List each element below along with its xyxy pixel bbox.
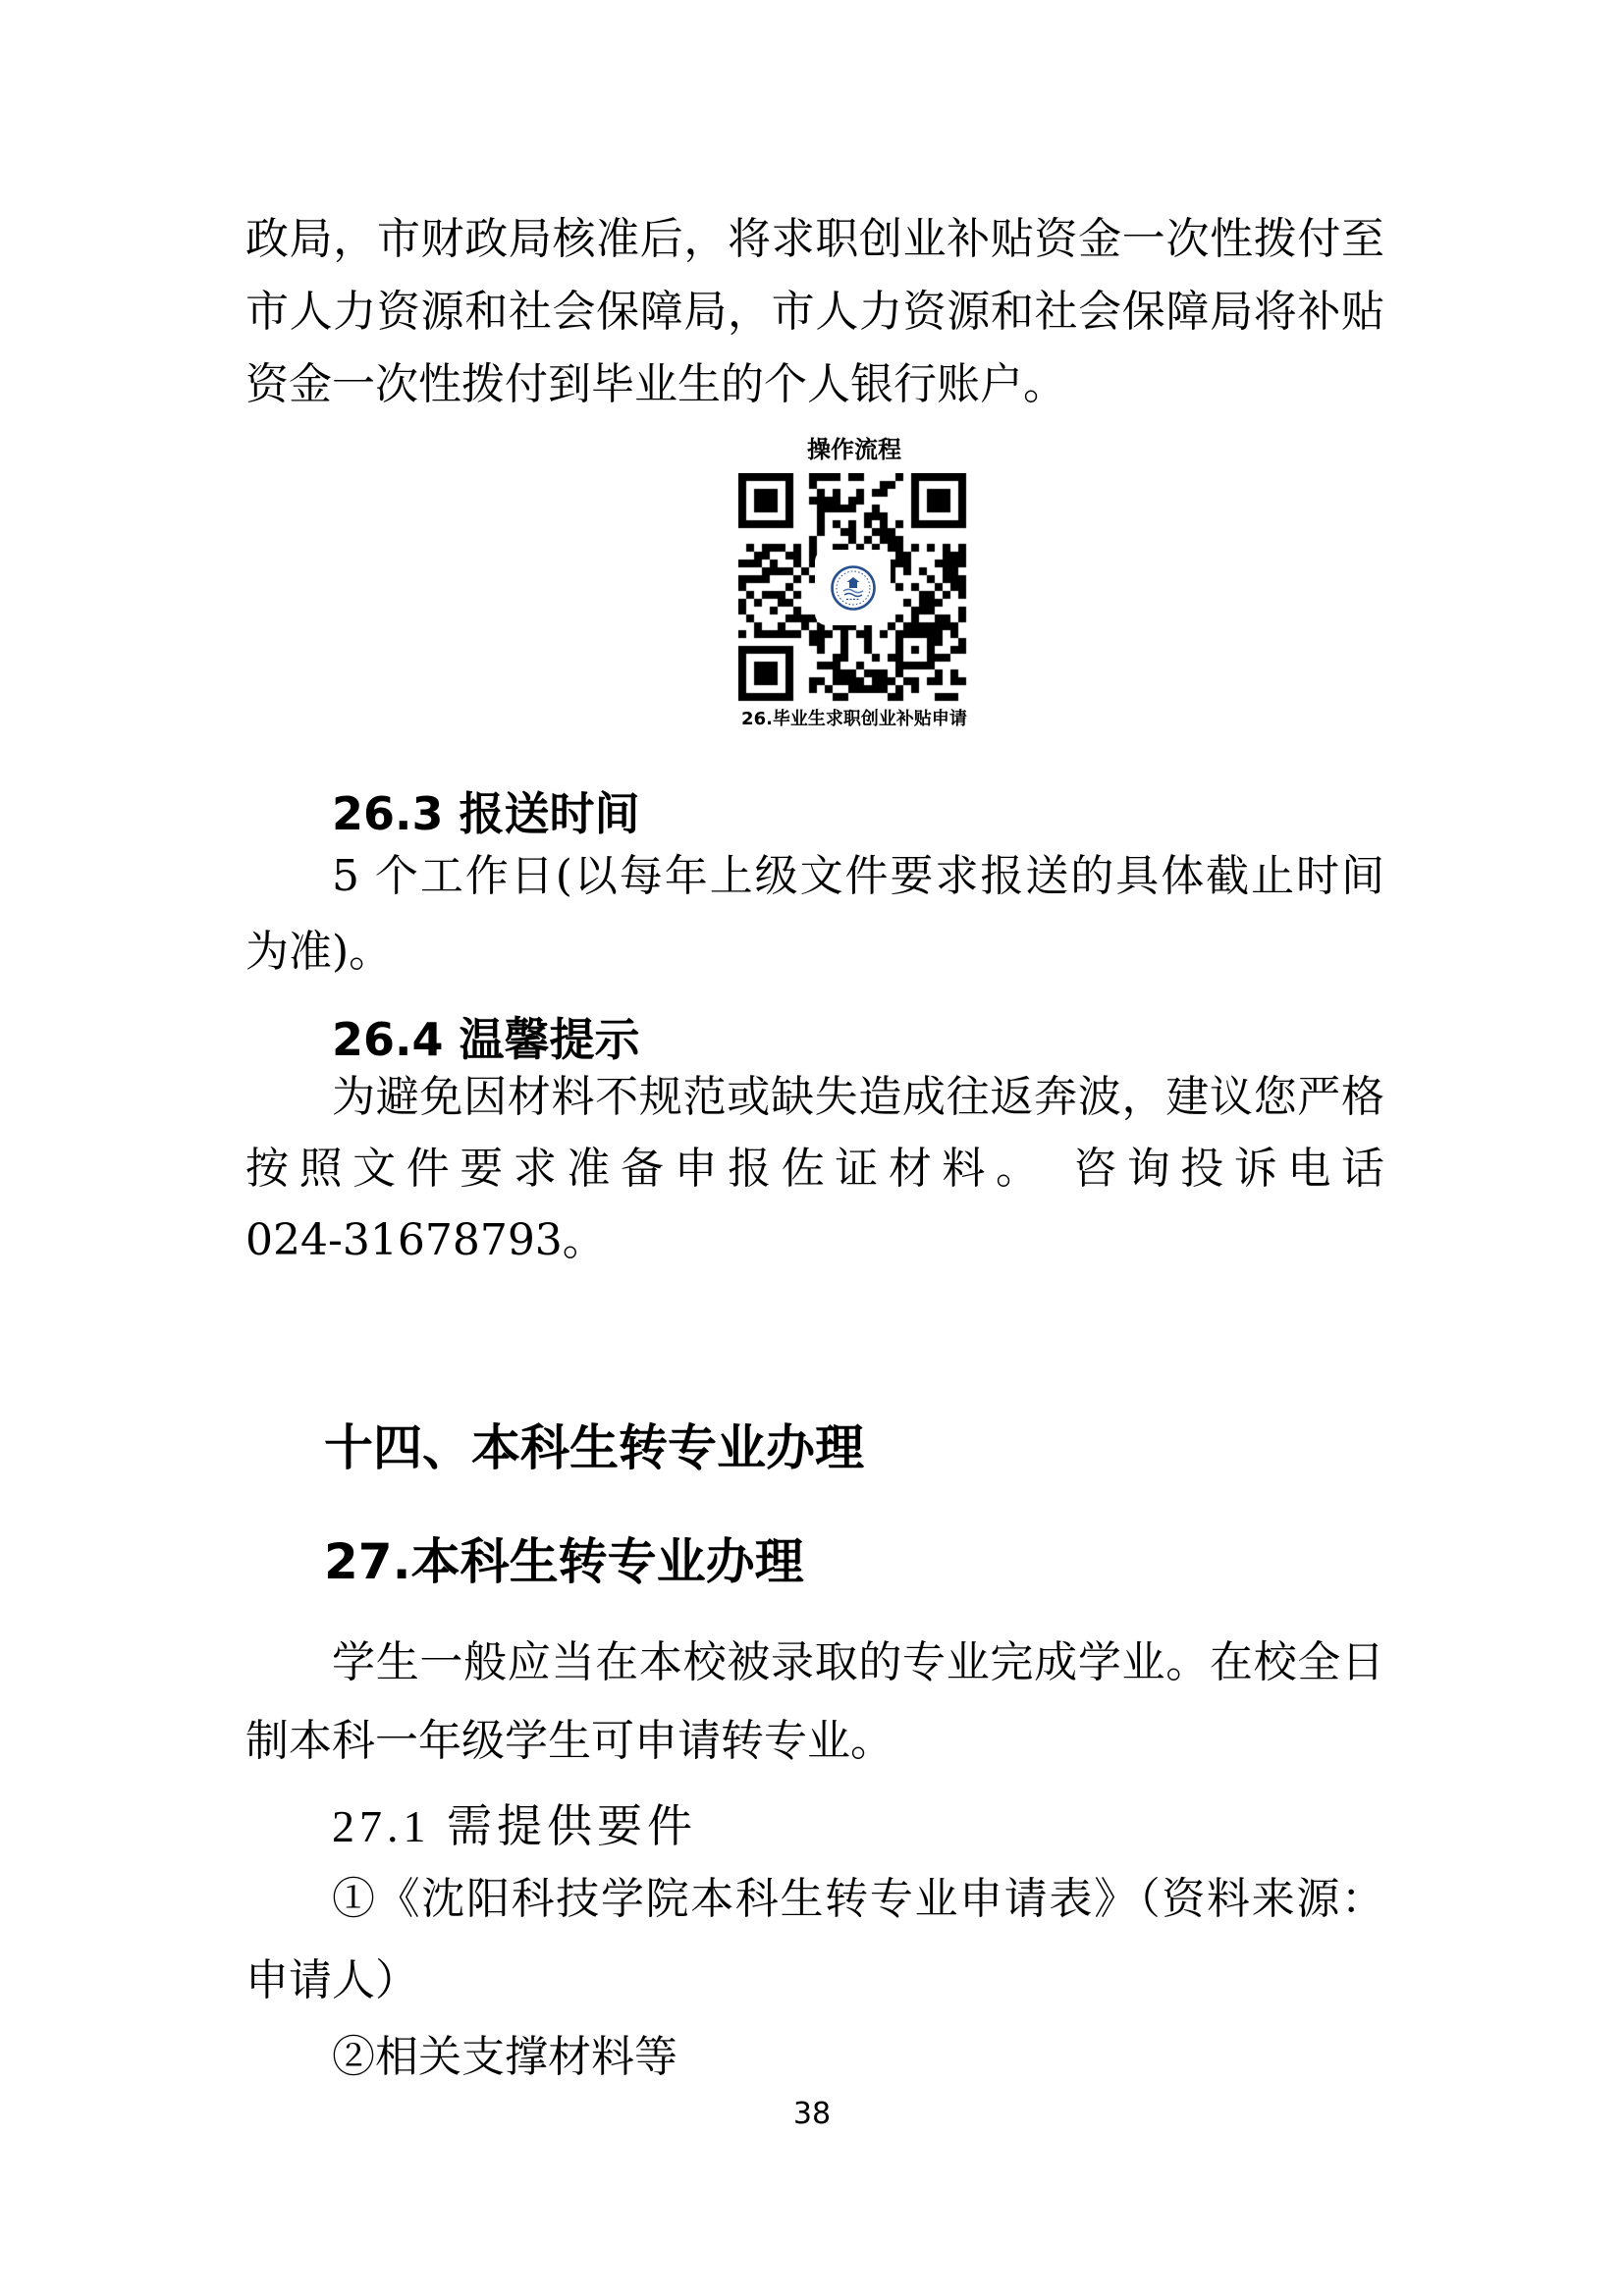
chapter-heading-14: 十四、本科生转专业办理	[324, 1409, 864, 1479]
paragraph-line: ②相关支撑材料等	[245, 2018, 1384, 2097]
paragraph-line: 为准)。	[245, 914, 1384, 989]
section-26-4-body: 为避免因材料不规范或缺失造成往返奔波，建议您严格 按照文件要求准备申报佐证材料。…	[245, 1061, 1384, 1276]
school-logo-icon	[830, 564, 877, 612]
paragraph-line: 资金一次性拨付到毕业生的个人银行账户。	[245, 348, 1384, 421]
page-number: 38	[0, 2097, 1624, 2131]
continuation-paragraph: 政局，市财政局核准后，将求职创业补贴资金一次性拨付至 市人力资源和社会保障局，市…	[245, 203, 1384, 421]
section-heading-26-3: 26.3 报送时间	[332, 778, 640, 843]
paragraph-line: ①《沈阳科技学院本科生转专业申请表》（资料来源：	[245, 1858, 1384, 1940]
qr-figure-title: 操作流程	[625, 436, 1083, 463]
paragraph-line: 市人力资源和社会保障局，市人力资源和社会保障局将补贴	[245, 276, 1384, 348]
paragraph-line: 制本科一年级学生可申请转专业。	[245, 1702, 1384, 1781]
section-27-body: 学生一般应当在本校被录取的专业完成学业。在校全日 制本科一年级学生可申请转专业。	[245, 1624, 1384, 1781]
paragraph-line: 学生一般应当在本校被录取的专业完成学业。在校全日	[245, 1624, 1384, 1702]
paragraph-line: 申请人）	[245, 1940, 1384, 2021]
paragraph-line: 024-31678793。	[245, 1204, 1384, 1276]
paragraph-line: 为避免因材料不规范或缺失造成往返奔波，建议您严格	[245, 1061, 1384, 1133]
section-heading-26-4: 26.4 温馨提示	[332, 1004, 640, 1069]
list-item: ②相关支撑材料等	[245, 2018, 1384, 2097]
section-heading-27: 27.本科生转专业办理	[324, 1522, 804, 1593]
paragraph-line: 按照文件要求准备申报佐证材料。 咨询投诉电话	[245, 1133, 1384, 1204]
qr-figure-caption: 26.毕业生求职创业补贴申请	[625, 709, 1083, 730]
paragraph-line: 5 个工作日(以每年上级文件要求报送的具体截止时间	[245, 838, 1384, 914]
section-heading-27-1: 27.1 需提供要件	[332, 1790, 697, 1855]
qr-center-logo-box	[815, 550, 891, 625]
section-26-3-body: 5 个工作日(以每年上级文件要求报送的具体截止时间 为准)。	[245, 838, 1384, 989]
qr-figure: 操作流程 26.毕业生求职创业补贴申请	[625, 436, 1083, 735]
list-item: ①《沈阳科技学院本科生转专业申请表》（资料来源： 申请人）	[245, 1858, 1384, 2021]
paragraph-line: 政局，市财政局核准后，将求职创业补贴资金一次性拨付至	[245, 203, 1384, 276]
document-page: 政局，市财政局核准后，将求职创业补贴资金一次性拨付至 市人力资源和社会保障局，市…	[0, 0, 1624, 2296]
